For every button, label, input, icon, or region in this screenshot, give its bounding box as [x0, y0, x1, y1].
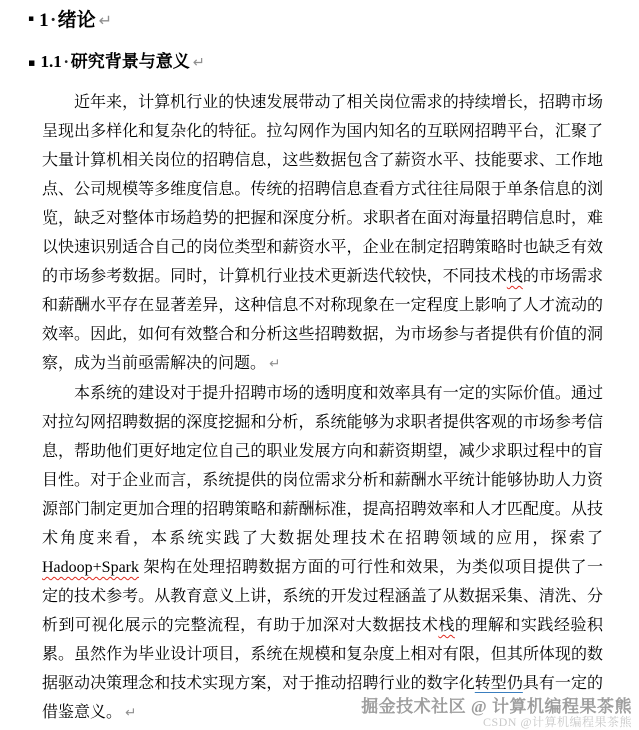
document-content: ▪1·绪论↵ ▪1.1·研究背景与意义↵ 近年来，计算机行业的快速发展带动了相关… — [0, 0, 639, 728]
heading-title: 研究背景与意义 — [71, 52, 190, 71]
paragraph-2[interactable]: 本系统的建设对于提升招聘市场的透明度和效率具有一定的实际价值。通过对拉勾网招聘数… — [42, 379, 603, 728]
space-mark: · — [49, 8, 58, 34]
style-square-icon: ▪ — [28, 56, 35, 69]
paragraph-mark: ↵ — [125, 705, 136, 721]
text-run: 栈 — [438, 617, 455, 634]
heading-title: 绪论 — [58, 10, 96, 31]
document-page: ▪1·绪论↵ ▪1.1·研究背景与意义↵ 近年来，计算机行业的快速发展带动了相关… — [0, 0, 639, 730]
text-run: 近年来，计算机行业的快速发展带动了相关岗位需求的持续增长，招聘市场呈现出多样化和… — [42, 94, 603, 285]
text-run: 栈 — [507, 268, 523, 285]
paragraph-mark: ↵ — [269, 356, 280, 372]
heading-number: 1 — [39, 10, 49, 31]
text-run: 本系统的建设对于提升招聘市场的透明度和效率具有一定的实际价值。通过对拉勾网招聘数… — [42, 385, 603, 547]
paragraph-1[interactable]: 近年来，计算机行业的快速发展带动了相关岗位需求的持续增长，招聘市场呈现出多样化和… — [42, 88, 603, 379]
space-mark: · — [62, 50, 71, 74]
text-run: 转型仍 — [475, 675, 523, 692]
heading-section-1-1[interactable]: ▪1.1·研究背景与意义↵ — [28, 50, 603, 75]
paragraph-mark: ↵ — [193, 55, 205, 71]
text-run: Hadoop+Spark — [42, 559, 139, 576]
style-square-icon: ▪ — [28, 14, 34, 24]
paragraph-mark: ↵ — [99, 11, 113, 30]
heading-number: 1.1 — [40, 52, 61, 71]
heading-chapter-1[interactable]: ▪1·绪论↵ — [28, 6, 603, 34]
